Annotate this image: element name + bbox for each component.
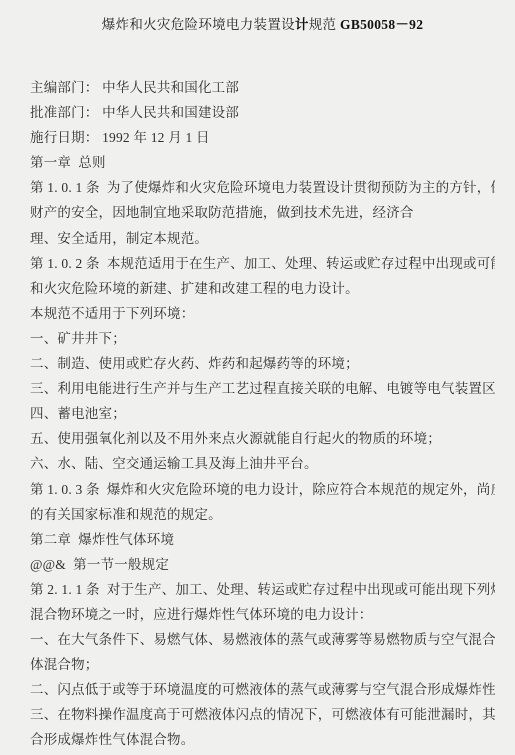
text-line: 一、在大气条件下、易燃气体、易燃液体的蒸气或薄雾等易燃物质与空气混合形成爆炸性气	[30, 627, 495, 652]
text-line: 理、安全适用，制定本规范。	[30, 226, 495, 251]
text-line: @@& 第一节一般规定	[30, 552, 495, 577]
text-line: 二、制造、使用或贮存火药、炸药和起爆药等的环境；	[30, 351, 495, 376]
text-line: 二、闪点低于或等于环境温度的可燃液体的蒸气或薄雾与空气混合形成爆炸性气体混合物；	[30, 677, 495, 702]
text-line: 五、使用强氧化剂以及不用外来点火源就能自行起火的物质的环境；	[30, 426, 495, 451]
text-line: 第 1. 0. 1 条 为了使爆炸和火灾危险环境电力装置设计贯彻预防为主的方针，…	[30, 175, 495, 200]
document-title: 爆炸和火灾危险环境电力装置设计规范 GB50058－92	[30, 12, 495, 38]
text-line: 三、利用电能进行生产并与生产工艺过程直接关联的电解、电镀等电气装置区域；	[30, 376, 495, 401]
text-line: 混合物环境之一时，应进行爆炸性气体环境的电力设计：	[30, 602, 495, 627]
text-line: 三、在物料操作温度高于可燃液体闪点的情况下，可燃液体有可能泄漏时，其蒸气与空气混	[30, 702, 495, 727]
title-segment-bold: 计	[295, 17, 309, 32]
text-line: 本规范不适用于下列环境：	[30, 301, 495, 326]
title-segment: 爆炸和火灾危险环境电力装置设	[102, 17, 295, 32]
text-line: 批准部门： 中华人民共和国建设部	[30, 100, 495, 125]
text-line: 和火灾危险环境的新建、扩建和改建工程的电力设计。	[30, 276, 495, 301]
text-line: 财产的安全，因地制宜地采取防范措施，做到技术先进，经济合	[30, 200, 495, 225]
text-line: 主编部门： 中华人民共和国化工部	[30, 75, 495, 100]
text-line: 的有关国家标准和规范的规定。	[30, 502, 495, 527]
document-page: 爆炸和火灾危险环境电力装置设计规范 GB50058－92 主编部门： 中华人民共…	[0, 0, 515, 755]
text-line: 第一章 总则	[30, 150, 495, 175]
text-line: 合形成爆炸性气体混合物。	[30, 727, 495, 752]
text-line: 一、矿井井下；	[30, 326, 495, 351]
title-segment: 规范	[309, 17, 340, 32]
text-line: 第 1. 0. 3 条 爆炸和火灾危险环境的电力设计，除应符合本规范的规定外，尚…	[30, 477, 495, 502]
text-line: 第 1. 0. 2 条 本规范适用于在生产、加工、处理、转运或贮存过程中出现或可…	[30, 251, 495, 276]
text-line: 第二章 爆炸性气体环境	[30, 527, 495, 552]
document-body: 主编部门： 中华人民共和国化工部批准部门： 中华人民共和国建设部施行日期： 19…	[30, 75, 495, 753]
text-line: 体混合物；	[30, 652, 495, 677]
text-line: 四、蓄电池室；	[30, 401, 495, 426]
text-line: 施行日期： 1992 年 12 月 1 日	[30, 125, 495, 150]
text-line: 六、水、陆、空交通运输工具及海上油井平台。	[30, 451, 495, 476]
title-segment-bold: GB50058－92	[340, 17, 423, 32]
text-line: 第 2. 1. 1 条 对于生产、加工、处理、转运或贮存过程中出现或可能出现下列…	[30, 577, 495, 602]
